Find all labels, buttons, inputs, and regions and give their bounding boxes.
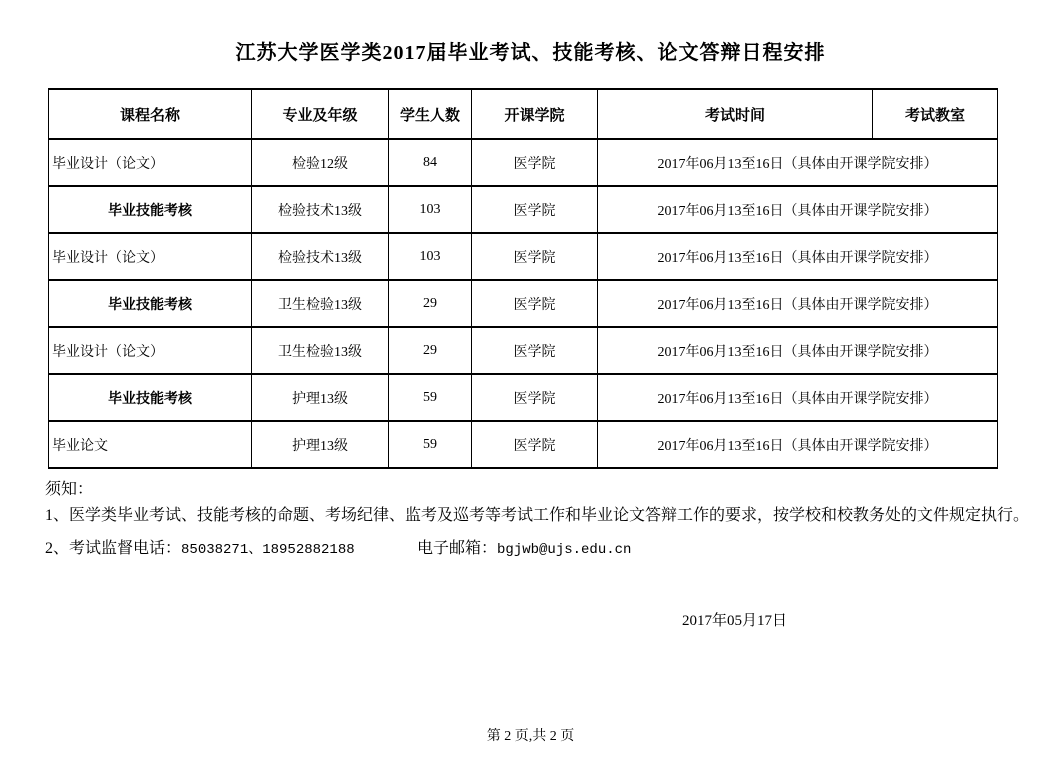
- col-header-college: 开课学院: [472, 89, 598, 139]
- document-page: 江苏大学医学类2017届毕业考试、技能考核、论文答辩日程安排 课程名称 专业及年…: [0, 0, 1061, 761]
- college-cell: 医学院: [472, 186, 598, 233]
- exam-time-cell: 2017年06月13至16日（具体由开课学院安排）: [598, 374, 998, 421]
- exam-time-cell: 2017年06月13至16日（具体由开课学院安排）: [598, 186, 998, 233]
- college-cell: 医学院: [472, 233, 598, 280]
- table-row: 毕业设计（论文） 检验技术13级 103 医学院 2017年06月13至16日（…: [49, 233, 998, 280]
- exam-time-cell: 2017年06月13至16日（具体由开课学院安排）: [598, 421, 998, 468]
- page-title: 江苏大学医学类2017届毕业考试、技能考核、论文答辩日程安排: [0, 36, 1061, 65]
- note-2: 2、考试监督电话：85038271、18952882188 电子邮箱：bgjwb…: [45, 537, 1040, 561]
- col-header-major-grade: 专业及年级: [252, 89, 389, 139]
- notes-heading: 须知：: [45, 478, 1040, 502]
- col-header-student-count: 学生人数: [389, 89, 472, 139]
- exam-schedule-table: 课程名称 专业及年级 学生人数 开课学院 考试时间 考试教室 毕业设计（论文） …: [48, 88, 998, 469]
- col-header-exam-time: 考试时间: [598, 89, 873, 139]
- supervision-phone-numbers: 85038271、18952882188: [181, 542, 355, 558]
- course-cell: 毕业设计（论文）: [49, 233, 252, 280]
- table-row: 毕业技能考核 卫生检验13级 29 医学院 2017年06月13至16日（具体由…: [49, 280, 998, 327]
- note-2-label: 2、考试监督电话：: [45, 540, 181, 557]
- students-cell: 29: [389, 327, 472, 374]
- major-cell: 护理13级: [252, 421, 389, 468]
- email-group: 电子邮箱：bgjwb@ujs.edu.cn: [417, 537, 631, 562]
- notes-section: 须知： 1、医学类毕业考试、技能考核的命题、考场纪律、监考及巡考等考试工作和毕业…: [45, 478, 1040, 561]
- students-cell: 103: [389, 233, 472, 280]
- students-cell: 103: [389, 186, 472, 233]
- note-1: 1、医学类毕业考试、技能考核的命题、考场纪律、监考及巡考等考试工作和毕业论文答辩…: [45, 504, 1040, 528]
- table-row: 毕业技能考核 护理13级 59 医学院 2017年06月13至16日（具体由开课…: [49, 374, 998, 421]
- col-header-exam-room: 考试教室: [873, 89, 998, 139]
- course-cell: 毕业技能考核: [49, 186, 252, 233]
- college-cell: 医学院: [472, 280, 598, 327]
- col-header-course-name: 课程名称: [49, 89, 252, 139]
- college-cell: 医学院: [472, 421, 598, 468]
- table-row: 毕业设计（论文） 卫生检验13级 29 医学院 2017年06月13至16日（具…: [49, 327, 998, 374]
- course-cell: 毕业设计（论文）: [49, 327, 252, 374]
- college-cell: 医学院: [472, 374, 598, 421]
- major-cell: 检验技术13级: [252, 233, 389, 280]
- major-cell: 检验技术13级: [252, 186, 389, 233]
- page-number: 第 2 页,共 2 页: [0, 725, 1061, 745]
- students-cell: 59: [389, 374, 472, 421]
- course-cell: 毕业技能考核: [49, 280, 252, 327]
- major-cell: 检验12级: [252, 139, 389, 186]
- exam-time-cell: 2017年06月13至16日（具体由开课学院安排）: [598, 233, 998, 280]
- email-address: bgjwb@ujs.edu.cn: [497, 542, 631, 558]
- course-cell: 毕业技能考核: [49, 374, 252, 421]
- college-cell: 医学院: [472, 139, 598, 186]
- course-cell: 毕业论文: [49, 421, 252, 468]
- students-cell: 59: [389, 421, 472, 468]
- exam-time-cell: 2017年06月13至16日（具体由开课学院安排）: [598, 327, 998, 374]
- major-cell: 卫生检验13级: [252, 280, 389, 327]
- college-cell: 医学院: [472, 327, 598, 374]
- exam-time-cell: 2017年06月13至16日（具体由开课学院安排）: [598, 139, 998, 186]
- table-row: 毕业技能考核 检验技术13级 103 医学院 2017年06月13至16日（具体…: [49, 186, 998, 233]
- table-header-row: 课程名称 专业及年级 学生人数 开课学院 考试时间 考试教室: [49, 89, 998, 139]
- exam-time-cell: 2017年06月13至16日（具体由开课学院安排）: [598, 280, 998, 327]
- major-cell: 护理13级: [252, 374, 389, 421]
- table-row: 毕业论文 护理13级 59 医学院 2017年06月13至16日（具体由开课学院…: [49, 421, 998, 468]
- course-cell: 毕业设计（论文）: [49, 139, 252, 186]
- table-row: 毕业设计（论文） 检验12级 84 医学院 2017年06月13至16日（具体由…: [49, 139, 998, 186]
- students-cell: 29: [389, 280, 472, 327]
- students-cell: 84: [389, 139, 472, 186]
- document-date: 2017年05月17日: [682, 609, 787, 630]
- email-label: 电子邮箱：: [417, 540, 497, 557]
- major-cell: 卫生检验13级: [252, 327, 389, 374]
